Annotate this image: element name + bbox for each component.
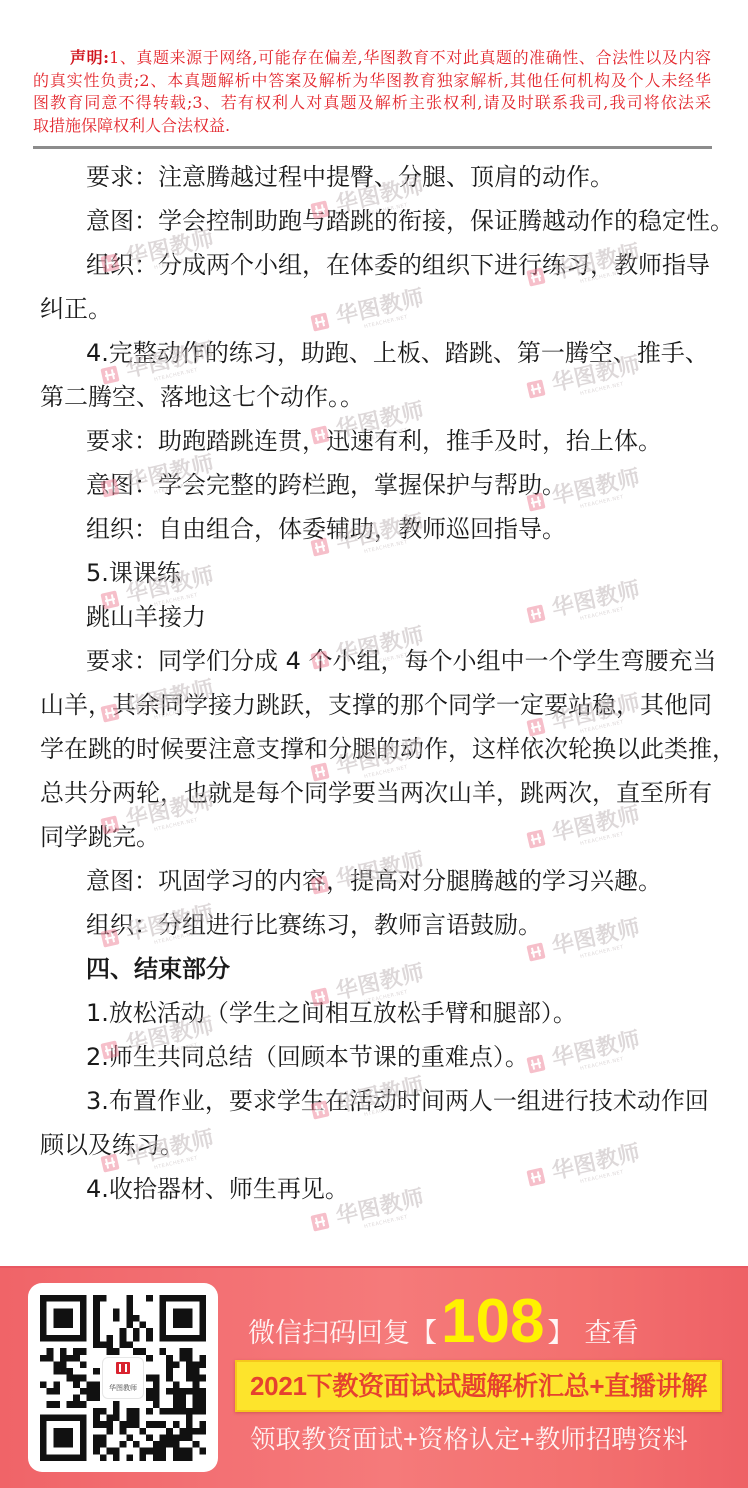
qr-center-logo: 华图教师	[103, 1358, 143, 1398]
content-line: 2.师生共同总结（回顾本节课的重难点）。	[40, 1035, 712, 1079]
disclaimer-label: 声明:	[70, 48, 109, 67]
section-heading: 四、结束部分	[40, 947, 712, 991]
content-line: 纠正。	[40, 287, 712, 331]
content-line: 要求：助跑踏跳连贯，迅速有利，推手及时，抬上体。	[40, 419, 712, 463]
content-line: 5.课课练	[40, 551, 712, 595]
content-line: 组织：分组进行比赛练习，教师言语鼓励。	[40, 903, 712, 947]
scan-instruction: 微信扫码回复 【 108 】 查看	[248, 1291, 638, 1353]
disclaimer-line: 的真实性负责;2、本真题解析中答案及解析为华图教育独家解析,其他任何机构及个人未…	[33, 70, 711, 93]
content-line: 组织：分成两个小组，在体委的组织下进行练习，教师指导	[40, 243, 712, 287]
bracket-open: 【	[410, 1311, 437, 1350]
content-line: 意图：巩固学习的内容，提高对分腿腾越的学习兴趣。	[40, 859, 712, 903]
view-text: 查看	[584, 1311, 638, 1350]
content-line: 同学跳完。	[40, 815, 712, 859]
content-line: 4.完整动作的练习，助跑、上板、踏跳、第一腾空、推手、	[40, 331, 712, 375]
content-line: 第二腾空、落地这七个动作。。	[40, 375, 712, 419]
content-line: 4.收拾器材、师生再见。	[40, 1167, 712, 1211]
huatu-logo-icon	[310, 1212, 329, 1231]
content-line: 顾以及练习。	[40, 1123, 712, 1167]
highlight-bar: 2021下教资面试试题解析汇总+直播讲解	[235, 1360, 722, 1412]
content-line: 1.放松活动（学生之间相互放松手臂和腿部）。	[40, 991, 712, 1035]
disclaimer-line: 取措施保障权利人合法权益.	[33, 115, 711, 138]
content-line: 意图：学会完整的跨栏跑，掌握保护与帮助。	[40, 463, 712, 507]
disclaimer-line: 声明:1、真题来源于网络,可能存在偏差,华图教育不对此真题的准确性、合法性以及内…	[33, 47, 711, 70]
banner-footer-text: 领取教资面试+资格认定+教师招聘资料	[250, 1423, 688, 1457]
disclaimer-line: 图教育同意不得转载;3、若有权利人对真题及解析主张权利,请及时联系我司,我司将依…	[33, 92, 711, 115]
content-line: 总共分两轮，也就是每个同学要当两次山羊，跳两次，直至所有	[40, 771, 712, 815]
disclaimer-text: 1、真题来源于网络,可能存在偏差,华图教育不对此真题的准确性、合法性以及内容	[109, 48, 711, 67]
scan-text: 微信扫码回复	[248, 1311, 410, 1350]
huatu-logo-icon	[116, 1362, 130, 1374]
lesson-content: 要求：注意腾越过程中提臀、分腿、顶肩的动作。 意图：学会控制助跑与踏跳的衔接，保…	[40, 155, 712, 1211]
content-line: 组织：自由组合，体委辅助，教师巡回指导。	[40, 507, 712, 551]
reply-code: 108	[441, 1291, 544, 1353]
watermark-subtext: HTEACHER.NET	[364, 1214, 409, 1230]
content-line: 山羊，其余同学接力跳跃，支撑的那个同学一定要站稳，其他同	[40, 683, 712, 727]
content-line: 3.布置作业，要求学生在活动时间两人一组进行技术动作回	[40, 1079, 712, 1123]
promo-banner[interactable]: 华图教师 微信扫码回复 【 108 】 查看 2021下教资面试试题解析汇总+直…	[0, 1266, 748, 1488]
qr-logo-text: 华图教师	[103, 1384, 143, 1392]
content-line: 要求：注意腾越过程中提臀、分腿、顶肩的动作。	[40, 155, 712, 199]
qr-card: 华图教师	[28, 1283, 218, 1472]
disclaimer: 声明:1、真题来源于网络,可能存在偏差,华图教育不对此真题的准确性、合法性以及内…	[33, 47, 711, 137]
content-line: 跳山羊接力	[40, 595, 712, 639]
divider	[33, 146, 712, 149]
content-line: 学在跳的时候要注意支撑和分腿的动作，这样依次轮换以此类推，	[40, 727, 712, 771]
bracket-close: 】	[547, 1311, 574, 1350]
content-line: 意图：学会控制助跑与踏跳的衔接，保证腾越动作的稳定性。	[40, 199, 712, 243]
content-line: 要求：同学们分成 4 个小组，每个小组中一个学生弯腰充当	[40, 639, 712, 683]
